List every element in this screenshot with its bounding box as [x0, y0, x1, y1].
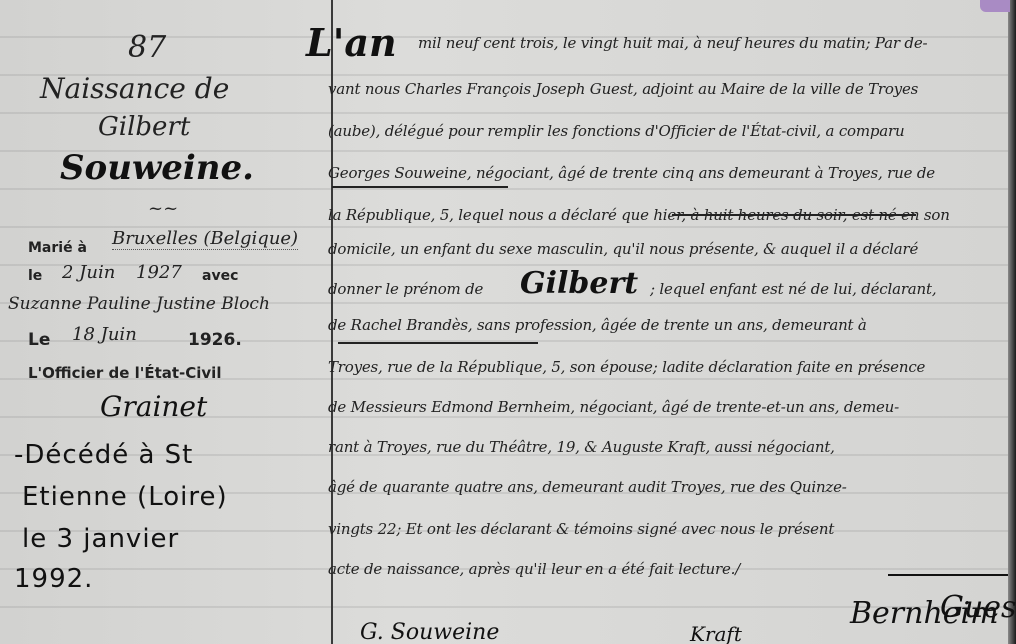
body-line-12: âgé de quarante quatre ans, demeurant au…: [328, 478, 847, 496]
record-date: 18 Juin: [72, 324, 137, 345]
page-edge-shadow: [1008, 0, 1016, 644]
body-line-11: rant à Troyes, rue du Théâtre, 19, & Aug…: [328, 438, 835, 456]
opening-word: L'an: [306, 20, 397, 65]
body-line-13: vingts 22; Et ont les déclarant & témoin…: [328, 520, 834, 538]
death-note-line3: le 3 janvier: [22, 524, 179, 554]
death-note-line2: Etienne (Loire): [22, 482, 228, 512]
marriage-on-label: le: [28, 268, 42, 284]
body-line-9: Troyes, rue de la République, 5, son épo…: [328, 358, 925, 376]
body-line-4: Georges Souweine, négociant, âgé de tren…: [328, 164, 935, 182]
marriage-with-label: avec: [202, 268, 238, 284]
body-line-1: mil neuf cent trois, le vingt huit mai, …: [418, 34, 927, 52]
body-line-7b: ; lequel enfant est né de lui, déclarant…: [650, 280, 936, 298]
death-note-line4: 1992.: [14, 564, 93, 594]
signature-4: Guest: [940, 590, 1016, 625]
register-page: 87 Naissance de Gilbert Souweine. ~~ Mar…: [0, 0, 1016, 644]
act-number: 87: [128, 30, 166, 65]
body-line-3: (aube), délégué pour remplir les fonctio…: [328, 122, 904, 140]
record-le-label: Le: [28, 330, 50, 350]
corner-tab: [980, 0, 1010, 12]
flourish: ~~: [148, 198, 178, 219]
married-label: Marié à: [28, 240, 87, 256]
body-line-10: de Messieurs Edmond Bernheim, négociant,…: [328, 398, 899, 416]
marriage-date: 2 Juin: [62, 262, 115, 283]
body-line-2: vant nous Charles François Joseph Guest,…: [328, 80, 918, 98]
underline-father: [332, 186, 508, 188]
body-line-6: domicile, un enfant du sexe masculin, qu…: [328, 240, 918, 258]
marriage-year: 1927: [136, 262, 182, 283]
marriage-place: Bruxelles (Belgique): [112, 228, 298, 250]
officer-label: L'Officier de l'État-Civil: [28, 364, 221, 382]
signature-2: Kraft: [690, 622, 742, 644]
record-year: 1926.: [188, 330, 242, 350]
underline-mother: [338, 342, 538, 344]
officer-signature: Grainet: [100, 390, 207, 423]
child-first-name: Gilbert: [520, 266, 638, 301]
margin-title-line1: Naissance de: [40, 72, 229, 105]
margin-surname: Souweine.: [60, 148, 254, 188]
death-note-line1: -Décédé à St: [14, 440, 193, 470]
body-line-14: acte de naissance, après qu'il leur en a…: [328, 560, 740, 578]
underline-time: [672, 214, 916, 216]
signature-1: G. Souweine: [360, 620, 499, 644]
body-line-7a: donner le prénom de: [328, 280, 483, 298]
body-line-8: de Rachel Brandès, sans profession, âgée…: [328, 316, 867, 334]
spouse-name: Suzanne Pauline Justine Bloch: [8, 294, 270, 314]
margin-title-line2: Gilbert: [98, 112, 190, 142]
closing-rule: [888, 574, 1008, 576]
